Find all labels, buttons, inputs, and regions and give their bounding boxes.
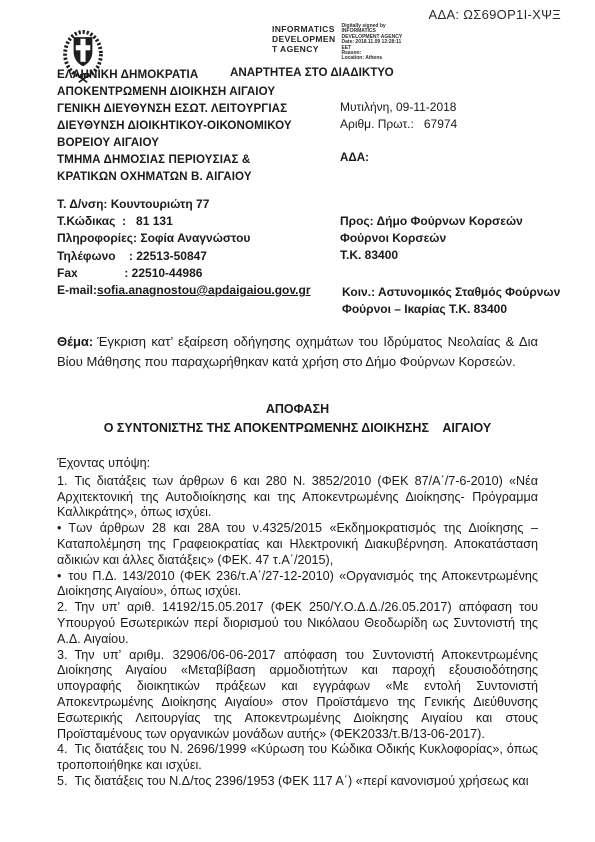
cc-label: Κοιν.: [342,285,375,299]
recipient-cc-block: Κοιν.: Αστυνομικός Σταθμός Φούρνων Φούρν… [342,284,560,318]
cc-line-text: Αστυνομικός Σταθμός Φούρνων [378,285,560,299]
item-text: Των άρθρων 28 και 28Α του ν.4325/2015 «Ε… [57,521,538,567]
postal-code-row: Τ.Κώδικας : 81 131 [57,213,311,230]
document-page: ΑΔΑ: ΩΣ69ΟΡ1Ι-ΧΨΞ INFORMATICS DEVELOPMEN… [0,0,595,842]
stamp-agency-name: INFORMATICS DEVELOPMEN T AGENCY [272,24,336,62]
issuing-authority-block: ΕΛΛΗΝΙΚΗ ΔΗΜΟΚΡΑΤΙΑ ΑΠΟΚΕΝΤΡΩΜΕΝΗ ΔΙΟΙΚΗ… [57,66,292,185]
item-text: του Π.Δ. 143/2010 (ΦΕΚ 236/τ.Α΄/27-12-20… [57,569,538,599]
item-text: Την υπ’ αριθμ. 32906/06-06-2017 απόφαση … [57,648,538,741]
legal-item-5: 5.Τις διατάξεις του Ν.Δ/τος 2396/1953 (Φ… [57,774,538,790]
contact-info-block: Τ. Δ/νση: Κουντουριώτη 77 Τ.Κώδικας : 81… [57,196,311,299]
recipient-cc-line: Κοιν.: Αστυνομικός Σταθμός Φούρνων [342,284,560,301]
phone-row: Τηλέφωνο : 22513-50847 [57,248,311,265]
authority-line: ΔΙΕΥΘΥΝΣΗ ΔΙΟΙΚΗΤΙΚΟΥ-ΟΙΚΟΝΟΜΙΚΟΥ [57,117,292,134]
item-marker: 3. [57,648,75,662]
digital-signature-stamp: INFORMATICS DEVELOPMEN T AGENCY Digitall… [272,24,402,62]
subject-text: Έγκριση κατ’ εξαίρεση οδήγησης οχημάτων … [57,334,538,369]
legal-item-4: 4.Τις διατάξεις του Ν. 2696/1999 «Κύρωση… [57,742,538,774]
authority-line: ΤΜΗΜΑ ΔΗΜΟΣΙΑΣ ΠΕΡΙΟΥΣΙΑΣ & [57,151,292,168]
email-label: E-mail: [57,283,97,297]
item-marker: 5. [57,774,75,788]
contact-person-row: Πληροφορίες: Σοφία Αναγνώστου [57,230,311,247]
legal-item-1: 1.Τις διατάξεις των άρθρων 6 και 280 Ν. … [57,474,538,521]
city-and-date: Μυτιλήνη, 09-11-2018 [340,100,456,114]
item-text: Την υπ’ αριθ. 14192/15.05.2017 (ΦΕΚ 250/… [57,600,538,646]
decision-heading: ΑΠΟΦΑΣΗ [57,402,538,416]
legal-item-2: 2.Την υπ’ αριθ. 14192/15.05.2017 (ΦΕΚ 25… [57,600,538,647]
authority-line: ΒΟΡΕΙΟΥ ΑΙΓΑΙΟΥ [57,134,292,151]
to-line-text: Δήμο Φούρνων Κορσεών [377,214,523,228]
stamp-signature-details: Digitally signed by INFORMATICS DEVELOPM… [342,24,403,62]
recipient-cc-line: Φούρνοι – Ικαρίας Τ.Κ. 83400 [342,301,560,318]
item-text: Τις διατάξεις του Ν.Δ/τος 2396/1953 (ΦΕΚ… [75,774,529,788]
authority-line: ΓΕΝΙΚΗ ΔΙΕΥΘΥΝΣΗ ΕΣΩΤ. ΛΕΙΤΟΥΡΓΙΑΣ [57,100,292,117]
email-row: E-mail:sofia.anagnostou@apdaigaiou.gov.g… [57,282,311,299]
recipient-to-line: Τ.Κ. 83400 [340,247,523,264]
web-posting-notice: ΑΝΑΡΤΗΤΕΑ ΣΤΟ ΔΙΑΔΙΚΤΥΟ [230,66,394,79]
legal-item-bullet-1: •Των άρθρων 28 και 28Α του ν.4325/2015 «… [57,521,538,568]
bullet-icon: • [57,569,68,583]
item-marker: 4. [57,742,75,756]
protocol-number: Αριθμ. Πρωτ.: 67974 [340,117,457,131]
recipient-to-line: Φούρνοι Κορσεών [340,230,523,247]
item-marker: 1. [57,474,75,488]
authority-line: ΑΠΟΚΕΝΤΡΩΜΕΝΗ ΔΙΟΙΚΗΣΗ ΑΙΓΑΙΟΥ [57,83,292,100]
to-label: Προς: [340,214,374,228]
fax-row: Fax : 22510-44986 [57,265,311,282]
decision-authority-heading: Ο ΣΥΝΤΟΝΙΣΤΗΣ ΤΗΣ ΑΠΟΚΕΝΤΡΩΜΕΝΗΣ ΔΙΟΙΚΗΣ… [57,421,538,435]
email-link[interactable]: sofia.anagnostou@apdaigaiou.gov.gr [97,283,311,297]
legal-item-3: 3.Την υπ’ αριθμ. 32906/06-06-2017 απόφασ… [57,648,538,743]
subject-label: Θέμα: [57,334,97,349]
recipient-to-block: Προς: Δήμο Φούρνων Κορσεών Φούρνοι Κορσε… [340,213,523,265]
authority-line: ΚΡΑΤΙΚΩΝ ΟΧΗΜΑΤΩΝ Β. ΑΙΓΑΙΟΥ [57,168,292,185]
item-text: Τις διατάξεις του Ν. 2696/1999 «Κύρωση τ… [57,742,538,772]
postal-address-row: Τ. Δ/νση: Κουντουριώτη 77 [57,196,311,213]
ada-field-label: ΑΔΑ: [340,151,369,164]
bullet-icon: • [57,521,68,535]
having-regard-intro: Έχοντας υπόψη: [57,456,538,472]
item-marker: 2. [57,600,75,614]
subject-paragraph: Θέμα:Έγκριση κατ’ εξαίρεση οδήγησης οχημ… [57,332,538,371]
recipient-to-line: Προς: Δήμο Φούρνων Κορσεών [340,213,523,230]
ada-code: ΑΔΑ: ΩΣ69ΟΡ1Ι-ΧΨΞ [429,7,562,22]
item-text: Τις διατάξεις των άρθρων 6 και 280 Ν. 38… [57,474,538,520]
legal-item-bullet-2: •του Π.Δ. 143/2010 (ΦΕΚ 236/τ.Α΄/27-12-2… [57,569,538,601]
legal-considerations: Έχοντας υπόψη: 1.Τις διατάξεις των άρθρω… [57,456,538,790]
